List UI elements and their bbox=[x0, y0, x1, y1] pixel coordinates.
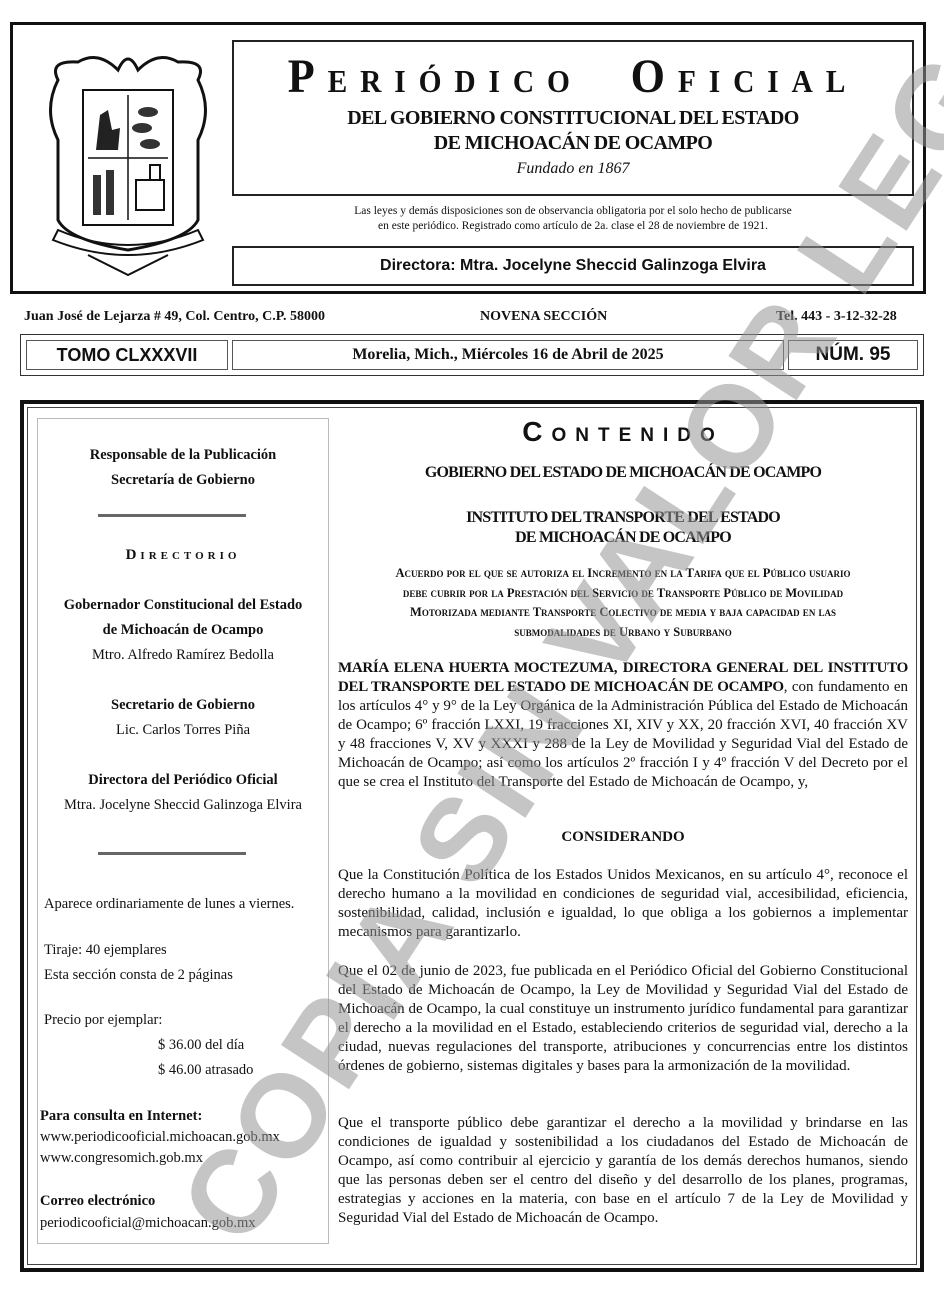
internet-title: Para consulta en Internet: bbox=[40, 1106, 328, 1127]
acuerdo-line-3: Motorizada mediante Transporte Colectivo… bbox=[338, 603, 908, 623]
intro-rest: , con fundamento en los artículos 4° y 9… bbox=[338, 679, 908, 790]
director-name: Mtra. Jocelyne Sheccid Galinzoga Elvira bbox=[37, 793, 329, 818]
responsable-block: Responsable de la Publicación Secretaría… bbox=[37, 443, 329, 493]
acuerdo-line-4: submodalidades de Urbano y Suburbano bbox=[338, 623, 908, 643]
acuerdo-line-2: debe cubrir por la Prestación del Servic… bbox=[338, 584, 908, 604]
contenido-heading: CONTENIDO bbox=[338, 416, 908, 448]
email-link[interactable]: periodicooficial@michoacan.gob.mx bbox=[40, 1212, 328, 1234]
page-count: Esta sección consta de 2 páginas bbox=[44, 963, 326, 988]
subtitle-line-1: DEL GOBIERNO CONSTITUCIONAL DEL ESTADO bbox=[234, 106, 912, 131]
price-label: Precio por ejemplar: bbox=[44, 1008, 326, 1033]
print-run: Tiraje: 40 ejemplares bbox=[44, 938, 326, 963]
governor-title-2: de Michoacán de Ocampo bbox=[37, 618, 329, 643]
institute-line-2: DE MICHOACÁN DE OCAMPO bbox=[338, 528, 908, 548]
institute-heading: INSTITUTO DEL TRANSPORTE DEL ESTADO DE M… bbox=[338, 508, 908, 548]
secretary-title: Secretario de Gobierno bbox=[37, 693, 329, 718]
legal-line-1: Las leyes y demás disposiciones son de o… bbox=[232, 204, 914, 219]
governor-name: Mtro. Alfredo Ramírez Bedolla bbox=[37, 643, 329, 668]
divider bbox=[98, 514, 246, 517]
considerando-paragraph-3: Que el transporte público debe garantiza… bbox=[338, 1114, 908, 1228]
government-heading: GOBIERNO DEL ESTADO DE MICHOACÁN DE OCAM… bbox=[338, 464, 908, 482]
title-box: PERIÓDICO OFICIAL DEL GOBIERNO CONSTITUC… bbox=[232, 40, 914, 196]
subtitle-line-2: DE MICHOACÁN DE OCAMPO bbox=[234, 131, 912, 156]
price-block: Precio por ejemplar: $ 36.00 del día $ 4… bbox=[44, 1008, 326, 1083]
institute-line-1: INSTITUTO DEL TRANSPORTE DEL ESTADO bbox=[338, 508, 908, 528]
founded-note: Fundado en 1867 bbox=[234, 160, 912, 178]
price-late: $ 46.00 atrasado bbox=[44, 1058, 326, 1083]
secretary-block: Secretario de Gobierno Lic. Carlos Torre… bbox=[37, 693, 329, 743]
directorio-heading: DIRECTORIO bbox=[37, 546, 329, 564]
issue-number: NÚM. 95 bbox=[788, 340, 918, 370]
considerando-paragraph-2: Que el 02 de junio de 2023, fue publicad… bbox=[338, 962, 908, 1076]
legal-line-2: en este periódico. Registrado como artíc… bbox=[232, 219, 914, 234]
divider bbox=[98, 852, 246, 855]
email-block: Correo electrónico periodicooficial@mich… bbox=[40, 1190, 328, 1234]
director-block: Directora del Periódico Oficial Mtra. Jo… bbox=[37, 768, 329, 818]
legal-notice: Las leyes y demás disposiciones son de o… bbox=[232, 204, 914, 234]
address: Juan José de Lejarza # 49, Col. Centro, … bbox=[24, 309, 325, 325]
governor-title: Gobernador Constitucional del Estado bbox=[37, 593, 329, 618]
print-info: Tiraje: 40 ejemplares Esta sección const… bbox=[44, 938, 326, 988]
section-label: NOVENA SECCIÓN bbox=[480, 309, 607, 325]
price-day: $ 36.00 del día bbox=[44, 1033, 326, 1058]
director-title: Directora del Periódico Oficial bbox=[37, 768, 329, 793]
responsable-title: Responsable de la Publicación bbox=[37, 443, 329, 468]
directora-banner: Directora: Mtra. Jocelyne Sheccid Galinz… bbox=[232, 246, 914, 286]
frequency: Aparece ordinariamente de lunes a vierne… bbox=[44, 892, 326, 917]
considerando-paragraph-1: Que la Constitución Política de los Esta… bbox=[338, 866, 908, 942]
considerando-heading: CONSIDERANDO bbox=[338, 829, 908, 846]
internet-block: Para consulta en Internet: www.periodico… bbox=[40, 1106, 328, 1169]
secretary-name: Lic. Carlos Torres Piña bbox=[37, 718, 329, 743]
tomo-label: TOMO CLXXXVII bbox=[26, 340, 228, 370]
acuerdo-line-1: Acuerdo por el que se autoriza el Increm… bbox=[338, 564, 908, 584]
link-congreso[interactable]: www.congresomich.gob.mx bbox=[40, 1148, 328, 1169]
email-title: Correo electrónico bbox=[40, 1190, 328, 1212]
acuerdo-title: Acuerdo por el que se autoriza el Increm… bbox=[338, 564, 908, 642]
intro-paragraph: MARÍA ELENA HUERTA MOCTEZUMA, DIRECTORA … bbox=[338, 659, 908, 792]
coat-of-arms-icon bbox=[38, 40, 218, 280]
phone: Tel. 443 - 3-12-32-28 bbox=[776, 309, 897, 325]
governor-block: Gobernador Constitucional del Estado de … bbox=[37, 593, 329, 668]
publication-title: PERIÓDICO OFICIAL bbox=[261, 52, 885, 106]
issue-date: Morelia, Mich., Miércoles 16 de Abril de… bbox=[232, 340, 784, 370]
responsable-value: Secretaría de Gobierno bbox=[37, 468, 329, 493]
link-periodico-oficial[interactable]: www.periodicooficial.michoacan.gob.mx bbox=[40, 1127, 328, 1148]
